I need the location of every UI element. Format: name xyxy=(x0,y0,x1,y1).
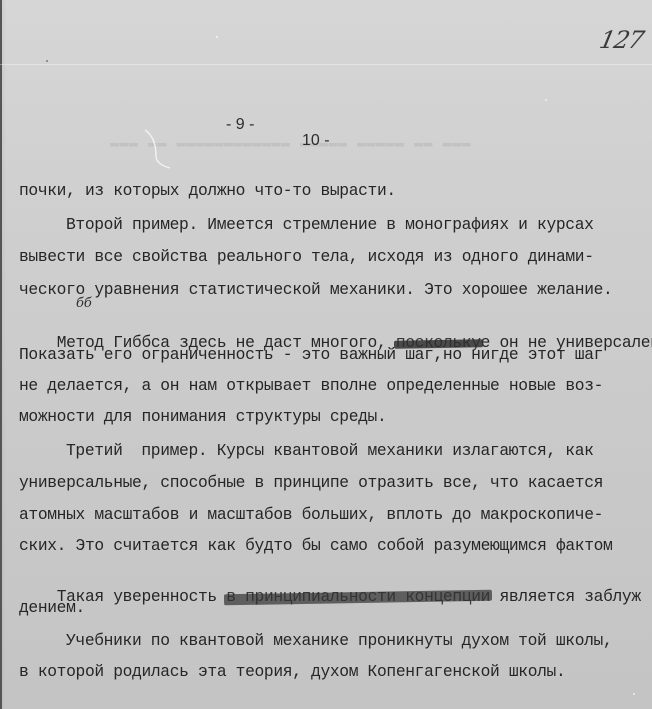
paragraph-start-line: Второй пример. Имеется стремление в моно… xyxy=(66,215,594,235)
text-line: атомных масштабов и масштабов больших, в… xyxy=(19,505,603,525)
text-line: вывести все свойства реального тела, исх… xyxy=(19,247,594,267)
text-line: дением. xyxy=(19,598,85,618)
archive-folio-number: 127 xyxy=(597,26,646,54)
handwritten-correction: бб xyxy=(76,296,92,311)
text-line: универсальные, способные в принципе отра… xyxy=(19,473,603,493)
paragraph-start-line: Учебники по квантовой механике проникнут… xyxy=(66,631,612,651)
scan-speck xyxy=(545,99,547,101)
scan-artifact-line xyxy=(0,64,652,65)
scratch-mark-icon xyxy=(142,128,176,170)
text-line: можности для понимания структуры среды. xyxy=(19,407,386,427)
text-line: в которой родилась эта теория, духом Коп… xyxy=(19,662,565,682)
text-line: не делается, а он нам открывает вполне о… xyxy=(19,376,603,396)
text-line: Показать его ограниченность - это важный… xyxy=(19,345,603,365)
line-segment: является заблуж xyxy=(490,587,641,606)
text-line: ческого уравнения статистической механик… xyxy=(19,280,612,300)
page-edge-shadow xyxy=(0,0,2,709)
page-number: 10 - xyxy=(302,132,330,150)
scan-speck xyxy=(216,36,218,38)
bleed-through-text: ▬▬▬ ▬▬ ▬▬▬▬▬▬▬▬▬▬▬▬ ▬▬▬▬▬ ▬▬▬▬▬ ▬▬ ▬▬▬ xyxy=(110,135,630,152)
scan-speck xyxy=(46,60,48,62)
text-line: почки, из которых должно что-то вырасти. xyxy=(19,181,396,201)
text-line-with-correction: Такая уверенность в принципиальности кон… xyxy=(19,567,641,627)
old-page-number: - 9 - xyxy=(226,116,254,134)
text-line: ских. Это считается как будто бы само со… xyxy=(19,536,612,556)
scan-speck xyxy=(520,380,522,382)
struck-out-phrase: в принципиальности концепции xyxy=(226,587,490,607)
scanned-page: ▬▬▬ ▬▬ ▬▬▬▬▬▬▬▬▬▬▬▬ ▬▬▬▬▬ ▬▬▬▬▬ ▬▬ ▬▬▬ 1… xyxy=(0,0,652,709)
scan-speck xyxy=(633,693,635,695)
paragraph-start-line: Третий пример. Курсы квантовой механики … xyxy=(66,441,594,461)
